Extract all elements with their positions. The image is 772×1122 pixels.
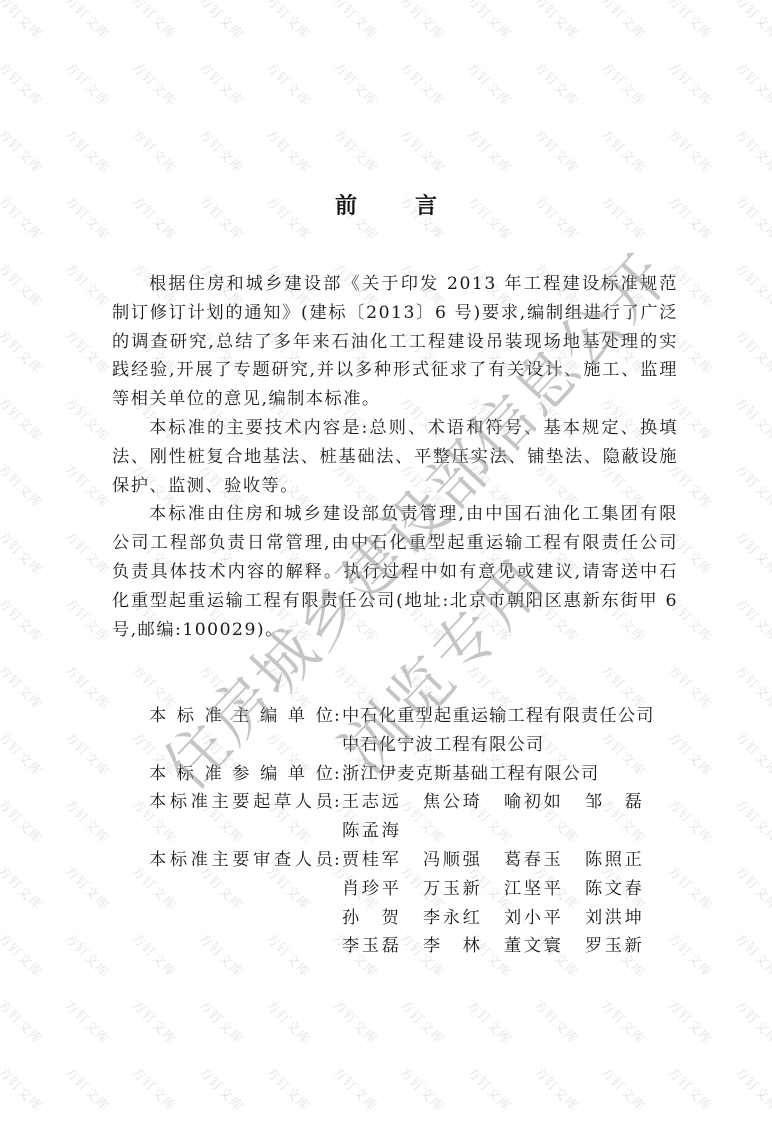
reviewer-name: 葛春玉 [504, 846, 562, 875]
reviewer-name: 陈照正 [585, 846, 643, 875]
label-colon: : [334, 846, 342, 875]
chief-editor-label-wrap: 本标准主编单位: [149, 702, 342, 731]
paragraph-background: 根据住房和城乡建设部《关于印发 2013 年工程建设标准规范制订修订计划的通知》… [112, 270, 678, 414]
page-title: 前言 [0, 190, 772, 224]
label-colon: : [334, 760, 342, 789]
reviewer-name: 李 林 [423, 932, 481, 961]
reviewer-name: 冯顺强 [423, 846, 481, 875]
drafters-names: 王志远 焦公琦 喻初如 邹 磊 陈孟海 [342, 788, 689, 846]
reviewer-name: 孙 贺 [342, 904, 400, 933]
drafter-name: 焦公琦 [423, 788, 481, 817]
chief-editor-label: 本标准主编单位 [149, 702, 334, 731]
title-char-2: 言 [415, 190, 437, 224]
reviewer-name: 贾桂军 [342, 846, 400, 875]
participating-values: 浙江伊麦克斯基础工程有限公司 [342, 760, 689, 789]
label-colon: : [334, 702, 342, 731]
signature-block: 本标准主编单位: 中石化重型起重运输工程有限责任公司 中石化宁波工程有限公司 本… [149, 702, 689, 961]
chief-editor-row: 本标准主编单位: 中石化重型起重运输工程有限责任公司 中石化宁波工程有限公司 [149, 702, 689, 760]
participating-label-wrap: 本标准参编单位: [149, 760, 342, 789]
reviewer-name: 李永红 [423, 904, 481, 933]
participating-label: 本标准参编单位 [149, 760, 334, 789]
label-colon: : [334, 788, 342, 817]
reviewers-names: 贾桂军 冯顺强 葛春玉 陈照正 肖珍平 万玉新 江坚平 陈文春 孙 贺 李永红 … [342, 846, 689, 961]
drafter-name: 邹 磊 [585, 788, 643, 817]
drafter-name: 喻初如 [504, 788, 562, 817]
reviewer-name: 江坚平 [504, 875, 562, 904]
reviewer-name: 陈文春 [585, 875, 643, 904]
paragraph-technical-content: 本标准的主要技术内容是:总则、术语和符号、基本规定、换填法、刚性桩复合地基法、桩… [112, 414, 678, 500]
chief-editor-values: 中石化重型起重运输工程有限责任公司 中石化宁波工程有限公司 [342, 702, 689, 760]
reviewers-row: 本标准主要审查人员: 贾桂军 冯顺强 葛春玉 陈照正 肖珍平 万玉新 江坚平 陈… [149, 846, 689, 961]
reviewer-name: 罗玉新 [585, 932, 643, 961]
document-page: 前言 根据住房和城乡建设部《关于印发 2013 年工程建设标准规范制订修订计划的… [0, 0, 772, 1122]
paragraph-management: 本标准由住房和城乡建设部负责管理,由中国石油化工集团有限公司工程部负责日常管理,… [112, 500, 678, 644]
reviewer-name: 董文寰 [504, 932, 562, 961]
drafter-name: 王志远 [342, 788, 400, 817]
preface-body: 根据住房和城乡建设部《关于印发 2013 年工程建设标准规范制订修订计划的通知》… [112, 270, 678, 644]
reviewers-label-wrap: 本标准主要审查人员: [149, 846, 342, 875]
reviewer-name: 刘洪坤 [585, 904, 643, 933]
chief-editor-unit-1: 中石化重型起重运输工程有限责任公司 [342, 702, 689, 731]
reviewers-label: 本标准主要审查人员 [149, 846, 334, 875]
drafter-name: 陈孟海 [342, 817, 400, 846]
drafters-label: 本标准主要起草人员 [149, 788, 334, 817]
reviewer-name: 万玉新 [423, 875, 481, 904]
chief-editor-unit-2: 中石化宁波工程有限公司 [342, 731, 689, 760]
reviewer-name: 刘小平 [504, 904, 562, 933]
reviewer-name: 肖珍平 [342, 875, 400, 904]
participating-row: 本标准参编单位: 浙江伊麦克斯基础工程有限公司 [149, 760, 689, 789]
drafters-row: 本标准主要起草人员: 王志远 焦公琦 喻初如 邹 磊 陈孟海 [149, 788, 689, 846]
reviewer-name: 李玉磊 [342, 932, 400, 961]
participating-unit-1: 浙江伊麦克斯基础工程有限公司 [342, 760, 689, 789]
title-char-1: 前 [335, 190, 357, 224]
drafters-label-wrap: 本标准主要起草人员: [149, 788, 342, 817]
